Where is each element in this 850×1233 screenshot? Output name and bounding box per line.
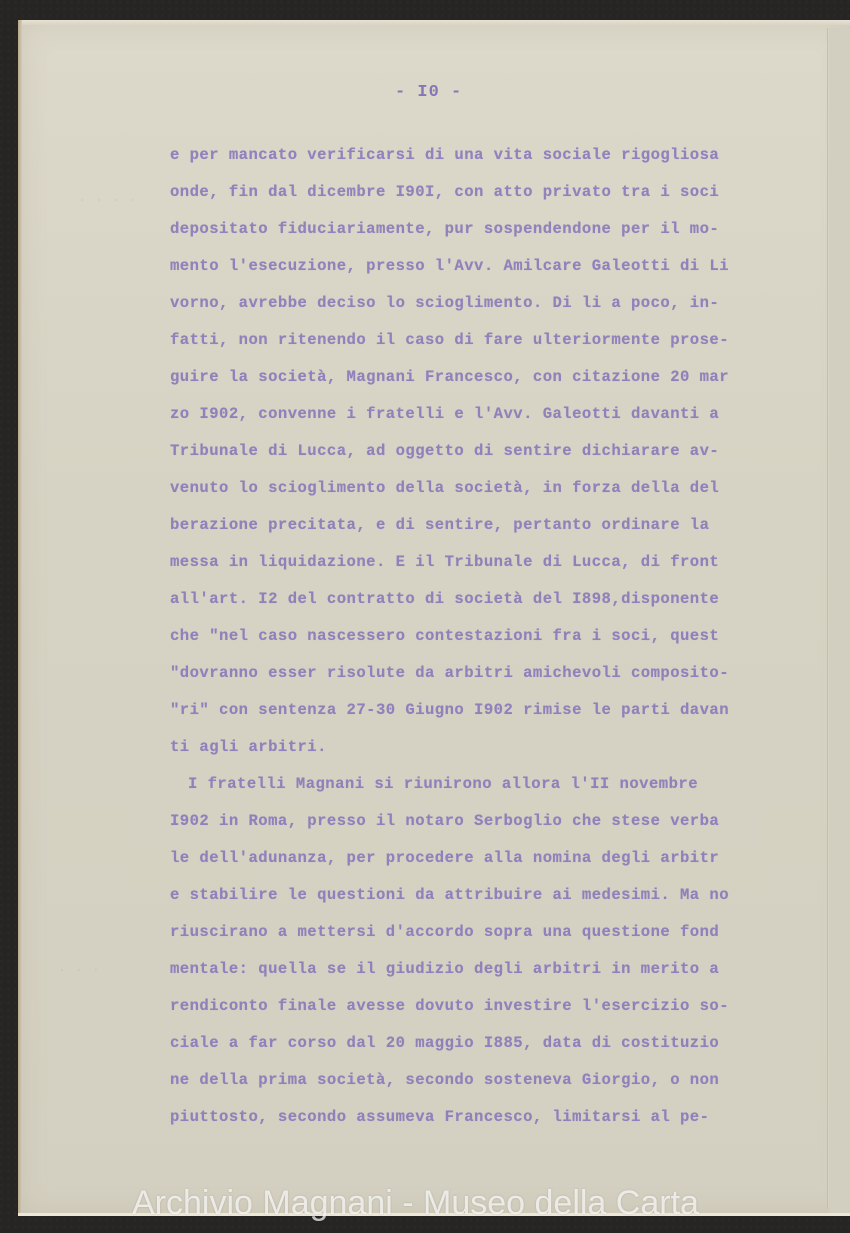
page-left-edge [18,20,22,1216]
adjacent-page-edge [829,28,850,1216]
text-line: guire la società, Magnani Francesco, con… [170,359,810,396]
text-line: le dell'adunanza, per procedere alla nom… [170,840,810,877]
text-line: mentale: quella se il giudizio degli arb… [170,951,810,988]
text-line: ti agli arbitri. [170,729,810,766]
text-line: mento l'esecuzione, presso l'Avv. Amilca… [170,248,810,285]
page-number: - I0 - [395,83,462,102]
page-top-edge [18,20,850,25]
text-line: "ri" con sentenza 27-30 Giugno I902 rimi… [170,692,810,729]
bleed-through-text: . . . [58,960,100,976]
text-line: I902 in Roma, presso il notaro Serboglio… [170,803,810,840]
typewritten-body: e per mancato verificarsi di una vita so… [170,137,810,1136]
text-line: venuto lo scioglimento della società, in… [170,470,810,507]
text-line: piuttosto, secondo assumeva Francesco, l… [170,1099,810,1136]
text-line: depositato fiduciariamente, pur sospende… [170,211,810,248]
text-line: che "nel caso nascessero contestazioni f… [170,618,810,655]
text-line: ne della prima società, secondo sostenev… [170,1062,810,1099]
text-line: "dovranno esser risolute da arbitri amic… [170,655,810,692]
text-line: zo I902, convenne i fratelli e l'Avv. Ga… [170,396,810,433]
text-line: messa in liquidazione. E il Tribunale di… [170,544,810,581]
text-line: Tribunale di Lucca, ad oggetto di sentir… [170,433,810,470]
text-line: ciale a far corso dal 20 maggio I885, da… [170,1025,810,1062]
text-line: all'art. I2 del contratto di società del… [170,581,810,618]
text-line: berazione precitata, e di sentire, perta… [170,507,810,544]
text-line: e stabilire le questioni da attribuire a… [170,877,810,914]
bleed-through-text: . . . . [78,190,137,206]
text-line: riuscirano a mettersi d'accordo sopra un… [170,914,810,951]
text-line: fatti, non ritenendo il caso di fare ult… [170,322,810,359]
archive-watermark: Archivio Magnani - Museo della Carta [132,1184,699,1223]
text-line: rendiconto finale avesse dovuto investir… [170,988,810,1025]
page-fold-line [827,28,829,1208]
paragraph-start-line: I fratelli Magnani si riunirono allora l… [170,766,810,803]
text-line: onde, fin dal dicembre I90I, con atto pr… [170,174,810,211]
text-line: vorno, avrebbe deciso lo scioglimento. D… [170,285,810,322]
text-line: e per mancato verificarsi di una vita so… [170,137,810,174]
